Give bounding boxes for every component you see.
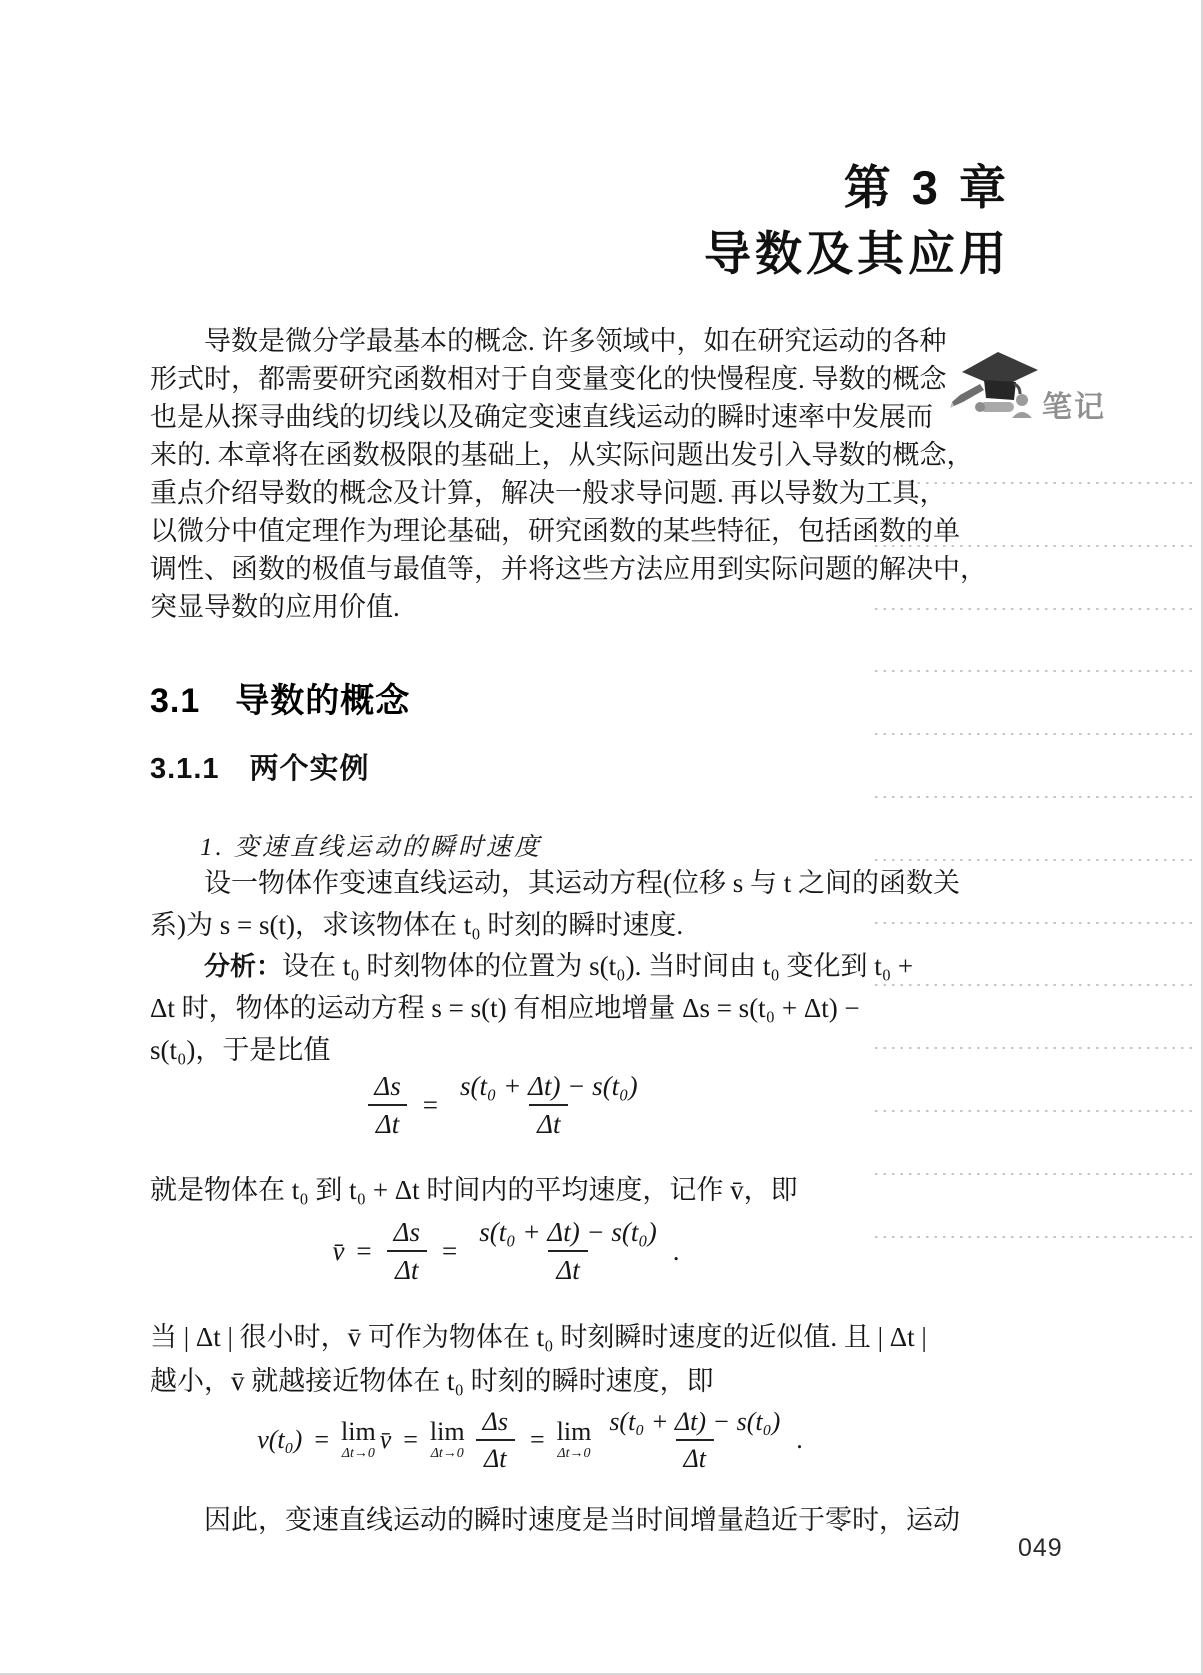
equation-difference-quotient: Δs Δt = s(t₀ + Δt) − s(t₀) Δt [150, 1072, 862, 1139]
note-line [875, 670, 1197, 672]
text-line: 以微分中值定理作为理论基础，研究函数的某些特征，包括函数的单 [150, 512, 862, 550]
equals-sign: = [356, 1236, 371, 1267]
setup-paragraph: 设一物体作变速直线运动，其运动方程(位移 s 与 t 之间的函数关系)为 s =… [150, 862, 862, 946]
v-bar-symbol: v̄ [332, 1236, 344, 1267]
intro-paragraph: 导数是微分学最基本的概念. 许多领域中，如在研究运动的各种形式时，都需要研究函数… [150, 322, 862, 626]
v-of-t0: v(t₀) [257, 1425, 302, 1455]
note-line [875, 608, 1197, 610]
chapter-number: 第 3 章 [704, 155, 1010, 221]
graduation-cap-icon [950, 340, 1042, 432]
period: . [796, 1425, 803, 1455]
text-line: 调性、函数的极值与最值等，并将这些方法应用到实际问题的解决中， [150, 550, 862, 588]
text-line: 设一物体作变速直线运动，其运动方程(位移 s 与 t 之间的函数关 [150, 862, 862, 904]
fraction-numerator: s(t₀ + Δt) − s(t₀) [601, 1408, 788, 1439]
equation-instantaneous-velocity: v(t₀) = lim Δt→0 v̄ = lim Δt→0 Δs Δt = l… [150, 1408, 910, 1473]
lim-subscript: Δt→0 [557, 1447, 590, 1461]
equation-average-velocity: v̄ = Δs Δt = s(t₀ + Δt) − s(t₀) Δt . [150, 1218, 862, 1285]
conclusion-paragraph: 因此，变速直线运动的瞬时速度是当时间增量趋近于零时，运动 [150, 1500, 862, 1540]
v-bar-symbol: v̄ [380, 1425, 392, 1455]
text-line: 越小，v̄ 就越接近物体在 t₀ 时刻的瞬时速度，即 [150, 1359, 862, 1403]
text-line: 系)为 s = s(t)，求该物体在 t₀ 时刻的瞬时速度. [150, 904, 862, 946]
page-number: 049 [1018, 1534, 1063, 1563]
note-line [875, 859, 1197, 861]
equals-sign: = [530, 1425, 545, 1455]
text-line: 形式时，都需要研究函数相对于自变量变化的快慢程度. 导数的概念 [150, 360, 862, 398]
fraction-numerator: s(t₀ + Δt) − s(t₀) [471, 1218, 665, 1250]
equals-sign: = [442, 1236, 457, 1267]
lim-subscript: Δt→0 [431, 1447, 464, 1461]
text-line: 就是物体在 t₀ 到 t₀ + Δt 时间内的平均速度，记作 v̄，即 [150, 1170, 862, 1210]
note-line [875, 1110, 1197, 1112]
text-line: 导数是微分学最基本的概念. 许多领域中，如在研究运动的各种 [150, 322, 862, 360]
limit-operator: lim Δt→0 [557, 1419, 592, 1461]
note-line [875, 733, 1197, 735]
analysis-label: 分析： [204, 951, 282, 981]
fraction-denominator: Δt [529, 1104, 568, 1138]
book-page: 第 3 章 导数及其应用 笔记 导数是微分学最基本的概念. 许多领域中，如在研究… [0, 0, 1203, 1675]
note-line [875, 984, 1197, 986]
fraction: s(t₀ + Δt) − s(t₀) Δt [471, 1218, 665, 1285]
fraction-denominator: Δt [476, 1439, 514, 1472]
limit-operator: lim Δt→0 [430, 1419, 465, 1461]
note-line [875, 1047, 1197, 1049]
text-line: 突显导数的应用价值. [150, 588, 862, 626]
lim-word: lim [341, 1419, 376, 1445]
equals-sign: = [314, 1425, 329, 1455]
fraction-numerator: Δs [366, 1072, 408, 1104]
lim-word: lim [430, 1419, 465, 1445]
period: . [673, 1236, 680, 1267]
analysis-line-3: s(t₀)，于是比值 [150, 1029, 862, 1071]
notes-badge: 笔记 [930, 340, 1110, 435]
text-line: 因此，变速直线运动的瞬时速度是当时间增量趋近于零时，运动 [150, 1500, 862, 1540]
analysis-line-1-text: 设在 t₀ 时刻物体的位置为 s(t₀). 当时间由 t₀ 变化到 t₀ + [282, 951, 913, 981]
text-line: 也是从探寻曲线的切线以及确定变速直线运动的瞬时速率中发展而 [150, 398, 862, 436]
note-line [875, 1236, 1197, 1238]
analysis-line-2: Δt 时，物体的运动方程 s = s(t) 有相应地增量 Δs = s(t₀ +… [150, 987, 862, 1029]
fraction: Δs Δt [386, 1218, 428, 1285]
fraction-denominator: Δt [676, 1439, 714, 1472]
fraction: Δs Δt [366, 1072, 408, 1139]
average-velocity-intro: 就是物体在 t₀ 到 t₀ + Δt 时间内的平均速度，记作 v̄，即 [150, 1170, 862, 1210]
note-line [875, 1173, 1197, 1175]
section-heading: 3.1 导数的概念 [150, 673, 410, 722]
text-line: 重点介绍导数的概念及计算，解决一般求导问题. 再以导数为工具， [150, 474, 862, 512]
fraction-numerator: s(t₀ + Δt) − s(t₀) [452, 1072, 646, 1104]
equals-sign: = [423, 1090, 438, 1121]
fraction: Δs Δt [475, 1408, 516, 1473]
note-line [875, 922, 1197, 924]
fraction-denominator: Δt [368, 1104, 407, 1138]
analysis-paragraph: 分析：设在 t₀ 时刻物体的位置为 s(t₀). 当时间由 t₀ 变化到 t₀ … [150, 945, 862, 1071]
fraction-numerator: Δs [386, 1218, 428, 1250]
equals-sign: = [403, 1425, 418, 1455]
chapter-title: 导数及其应用 [704, 221, 1010, 287]
chapter-heading: 第 3 章 导数及其应用 [704, 155, 1010, 287]
fraction: s(t₀ + Δt) − s(t₀) Δt [452, 1072, 646, 1139]
fraction-numerator: Δs [475, 1408, 516, 1439]
limit-operator: lim Δt→0 [341, 1419, 376, 1461]
lim-word: lim [557, 1419, 592, 1445]
example-heading: 1. 变速直线运动的瞬时速度 [200, 827, 542, 863]
subsection-heading: 3.1.1 两个实例 [150, 746, 370, 787]
fraction: s(t₀ + Δt) − s(t₀) Δt [601, 1408, 788, 1473]
lim-subscript: Δt→0 [342, 1447, 375, 1461]
delta-t-paragraph: 当 | Δt | 很小时，v̄ 可作为物体在 t₀ 时刻瞬时速度的近似值. 且 … [150, 1315, 862, 1403]
text-line: 来的. 本章将在函数极限的基础上，从实际问题出发引入导数的概念， [150, 436, 862, 474]
note-line [875, 796, 1197, 798]
fraction-denominator: Δt [387, 1250, 426, 1284]
analysis-line-1: 分析：设在 t₀ 时刻物体的位置为 s(t₀). 当时间由 t₀ 变化到 t₀ … [150, 945, 862, 987]
text-line: 当 | Δt | 很小时，v̄ 可作为物体在 t₀ 时刻瞬时速度的近似值. 且 … [150, 1315, 862, 1359]
notes-label: 笔记 [1042, 382, 1106, 426]
fraction-denominator: Δt [548, 1250, 587, 1284]
